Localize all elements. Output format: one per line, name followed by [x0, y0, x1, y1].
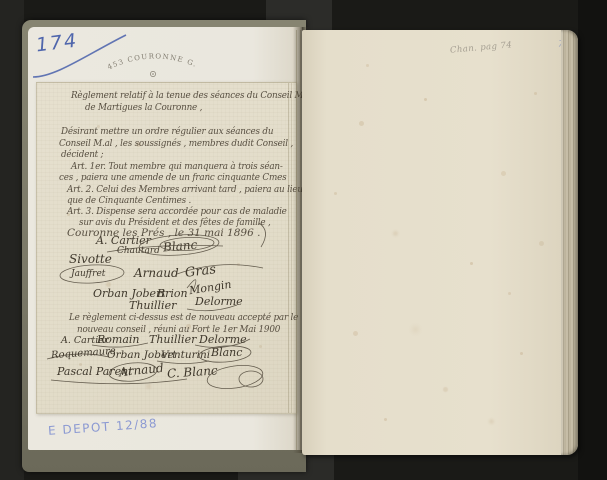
svg-text:453 COURONNE G.M: 453 COURONNE G.M — [101, 46, 198, 71]
signature-flourishes — [37, 83, 296, 413]
stamp-emblem-dot — [152, 73, 154, 75]
foxing-spots — [302, 30, 305, 33]
pencil-note: Chan. pag 74 — [450, 41, 513, 55]
scanned-book-spread: 174 453 COURONNE G.M Règlement relatif à… — [0, 0, 607, 480]
stamp-text: 453 COURONNE G.M — [101, 46, 198, 71]
right-page: Chan. pag 74 72 — [302, 30, 578, 455]
pasted-document: Règlement relatif à la tenue des séances… — [36, 82, 297, 414]
scanner-background-right — [578, 0, 607, 480]
scanner-background-left — [0, 0, 24, 480]
page-edges — [561, 30, 578, 455]
ink-stamp: 453 COURONNE G.M — [101, 46, 205, 82]
